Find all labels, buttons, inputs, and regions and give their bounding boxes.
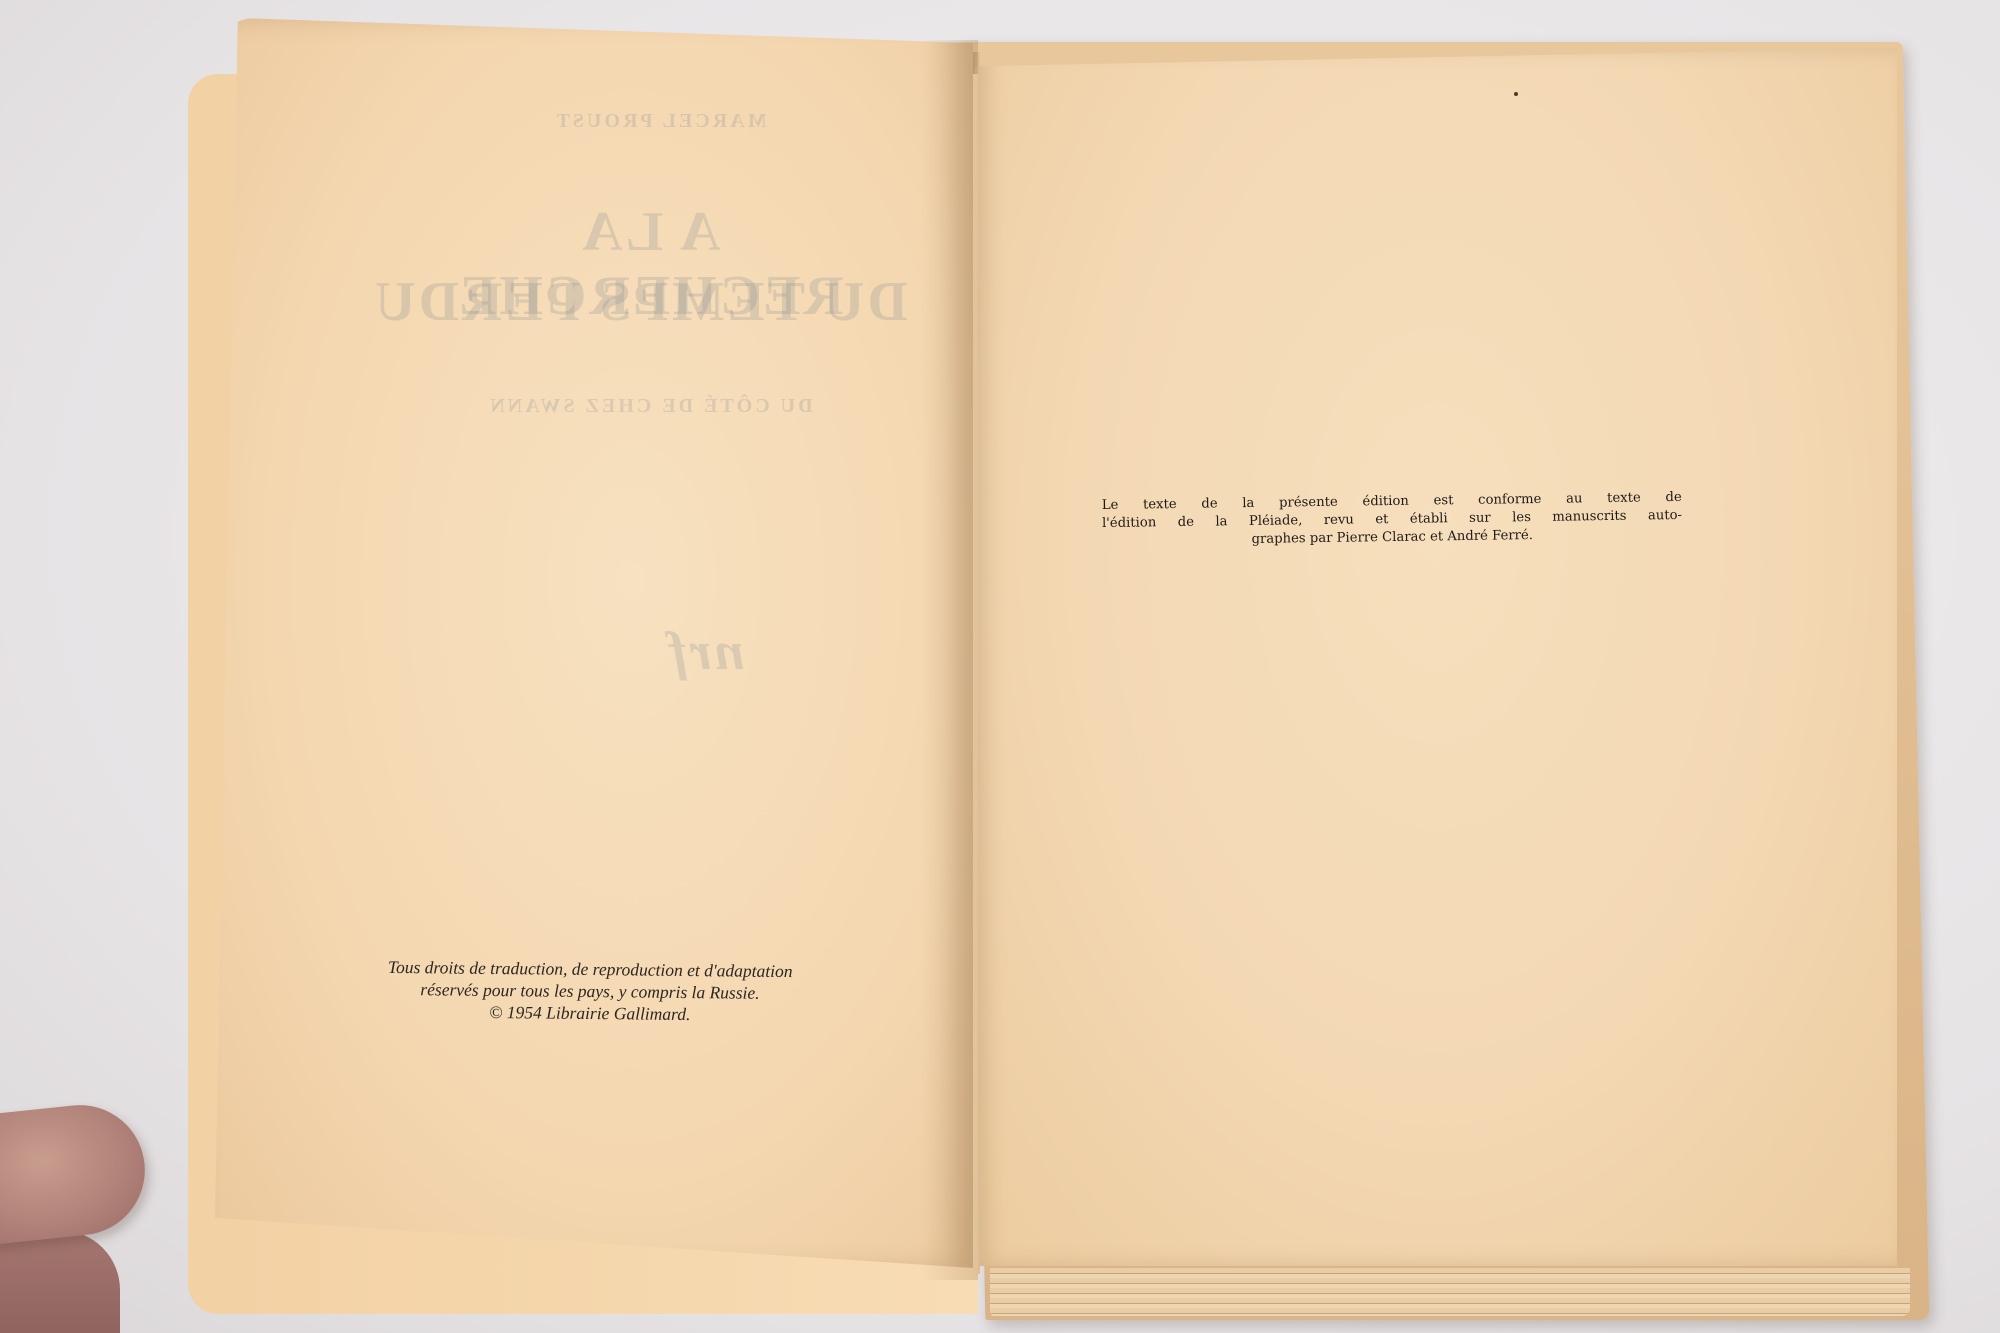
copyright-notice: Tous droits de traduction, de reproducti…: [290, 955, 891, 1027]
gutter-shadow: [920, 40, 978, 1280]
bleed-through-subtitle: DU CÔTÉ DE CHEZ SWANN: [440, 395, 860, 418]
bleed-through-title-line2: DU TEMPS PERDU: [370, 270, 910, 334]
bleed-through-publisher-logo: nrf: [660, 620, 750, 682]
edition-notice: Le texte de la présente édition est conf…: [1102, 489, 1683, 551]
right-page: [975, 48, 1897, 1266]
thumb: [0, 1099, 151, 1248]
page-edges: [990, 1268, 1910, 1316]
hand: [0, 1230, 120, 1333]
paper-speck: [1514, 92, 1518, 96]
book-photo: MARCEL PROUST A LA RECHERCHE DU TEMPS PE…: [0, 0, 2000, 1333]
bleed-through-author: MARCEL PROUST: [480, 110, 840, 133]
